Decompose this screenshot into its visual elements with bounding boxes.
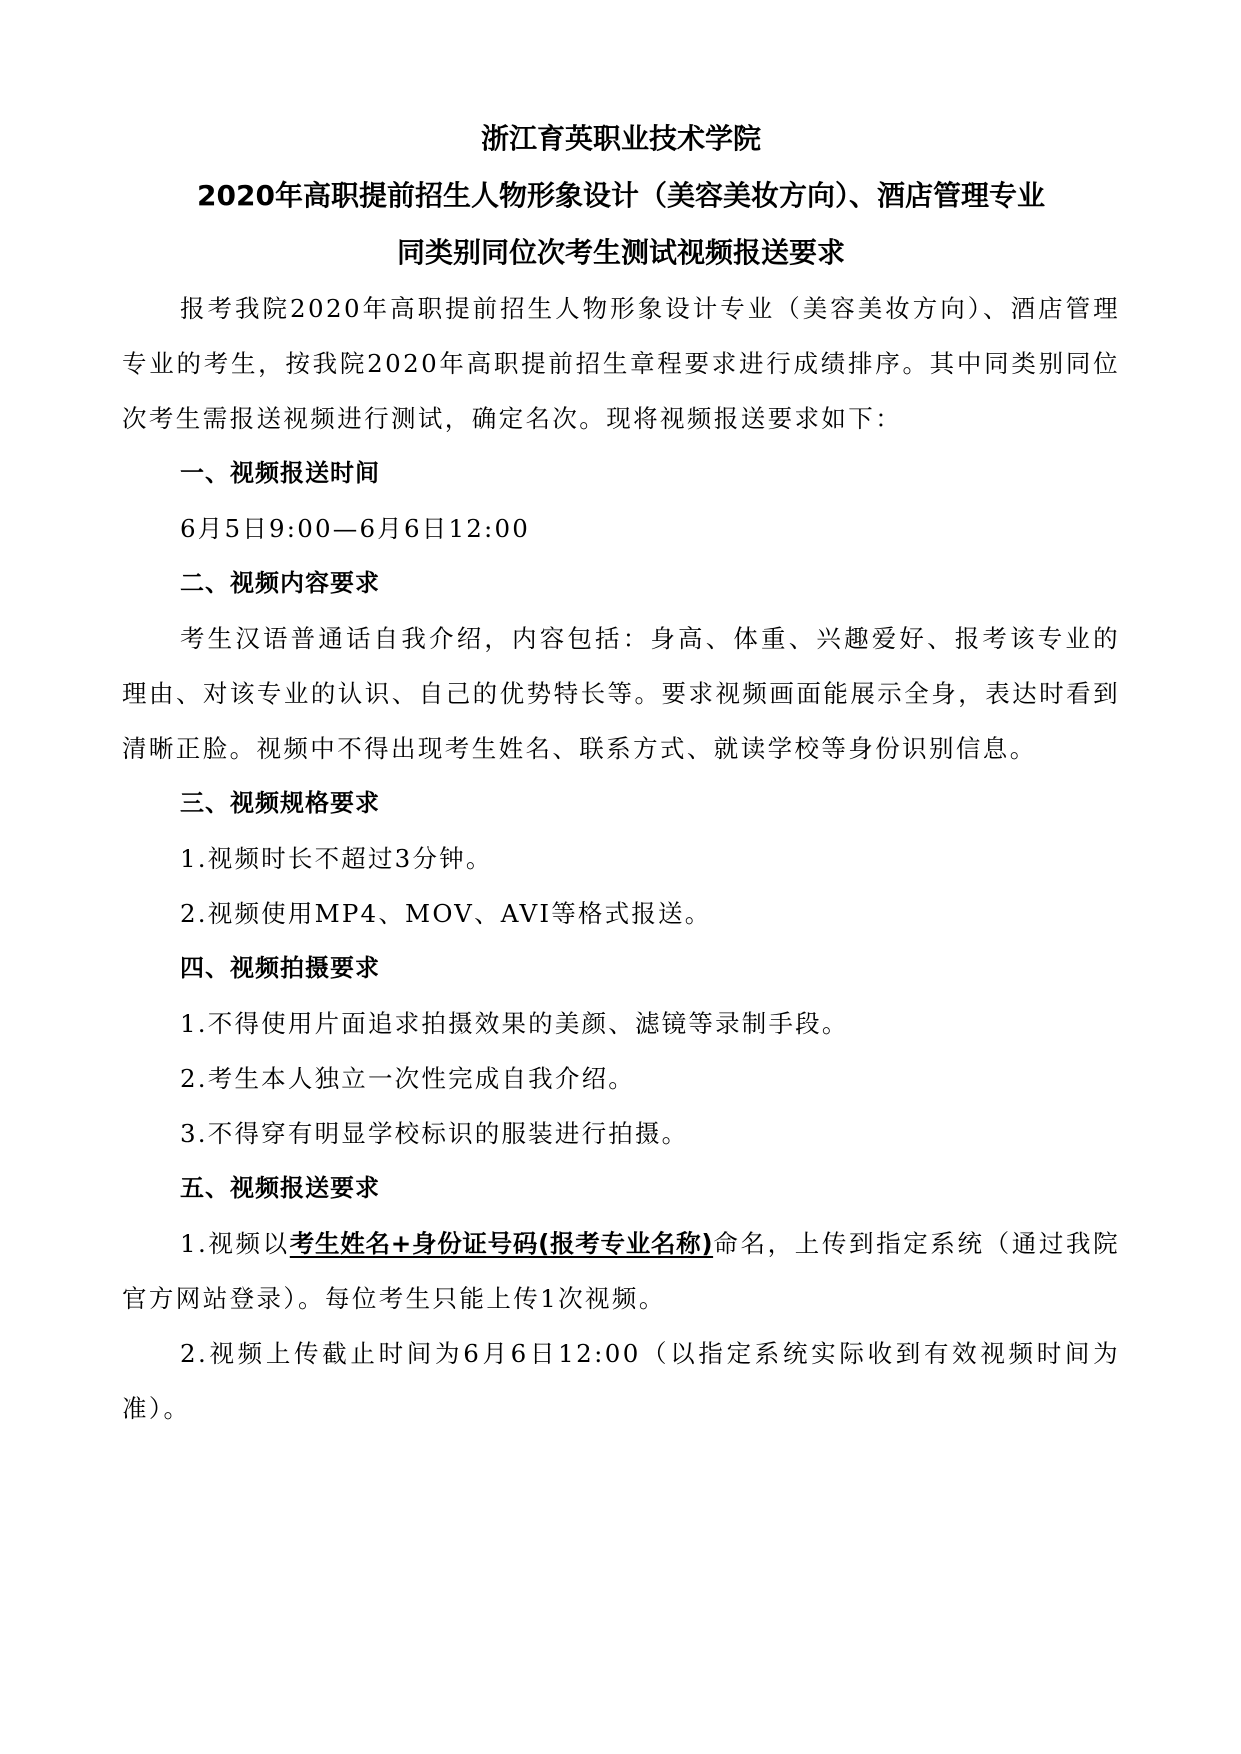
document-title-line-2: 2020年高职提前招生人物形象设计（美容美妆方向）、酒店管理专业	[122, 167, 1120, 224]
file-naming-rule: 考生姓名+身份证号码(报考专业名称)	[290, 1229, 713, 1258]
section-heading: 五、视频报送要求	[122, 1161, 1120, 1216]
content-requirements-paragraph: 考生汉语普通话自我介绍，内容包括：身高、体重、兴趣爱好、报考该专业的理由、对该专…	[122, 611, 1120, 776]
section-submission-time: 一、视频报送时间 6月5日9:00—6月6日12:00	[122, 446, 1120, 556]
section-heading: 一、视频报送时间	[122, 446, 1120, 501]
list-item: 2.视频上传截止时间为6月6日12:00（以指定系统实际收到有效视频时间为准）。	[122, 1326, 1120, 1436]
item-prefix: 1.视频以	[180, 1229, 290, 1258]
list-item: 2.视频使用MP4、MOV、AVI等格式报送。	[122, 886, 1120, 941]
list-item: 1.视频时长不超过3分钟。	[122, 831, 1120, 886]
section-submission-requirements: 五、视频报送要求 1.视频以考生姓名+身份证号码(报考专业名称)命名，上传到指定…	[122, 1161, 1120, 1436]
institution-title: 浙江育英职业技术学院	[122, 110, 1120, 167]
submission-time-value: 6月5日9:00—6月6日12:00	[122, 501, 1120, 556]
section-heading: 三、视频规格要求	[122, 776, 1120, 831]
section-heading: 四、视频拍摄要求	[122, 941, 1120, 996]
section-heading: 二、视频内容要求	[122, 556, 1120, 611]
intro-paragraph: 报考我院2020年高职提前招生人物形象设计专业（美容美妆方向）、酒店管理专业的考…	[122, 281, 1120, 446]
list-item: 2.考生本人独立一次性完成自我介绍。	[122, 1051, 1120, 1106]
section-format-requirements: 三、视频规格要求 1.视频时长不超过3分钟。 2.视频使用MP4、MOV、AVI…	[122, 776, 1120, 941]
list-item: 1.视频以考生姓名+身份证号码(报考专业名称)命名，上传到指定系统（通过我院官方…	[122, 1216, 1120, 1326]
section-shooting-requirements: 四、视频拍摄要求 1.不得使用片面追求拍摄效果的美颜、滤镜等录制手段。 2.考生…	[122, 941, 1120, 1161]
document-page: 浙江育英职业技术学院 2020年高职提前招生人物形象设计（美容美妆方向）、酒店管…	[122, 110, 1120, 1436]
list-item: 1.不得使用片面追求拍摄效果的美颜、滤镜等录制手段。	[122, 996, 1120, 1051]
document-title-line-3: 同类别同位次考生测试视频报送要求	[122, 224, 1120, 281]
section-content-requirements: 二、视频内容要求 考生汉语普通话自我介绍，内容包括：身高、体重、兴趣爱好、报考该…	[122, 556, 1120, 776]
list-item: 3.不得穿有明显学校标识的服装进行拍摄。	[122, 1106, 1120, 1161]
